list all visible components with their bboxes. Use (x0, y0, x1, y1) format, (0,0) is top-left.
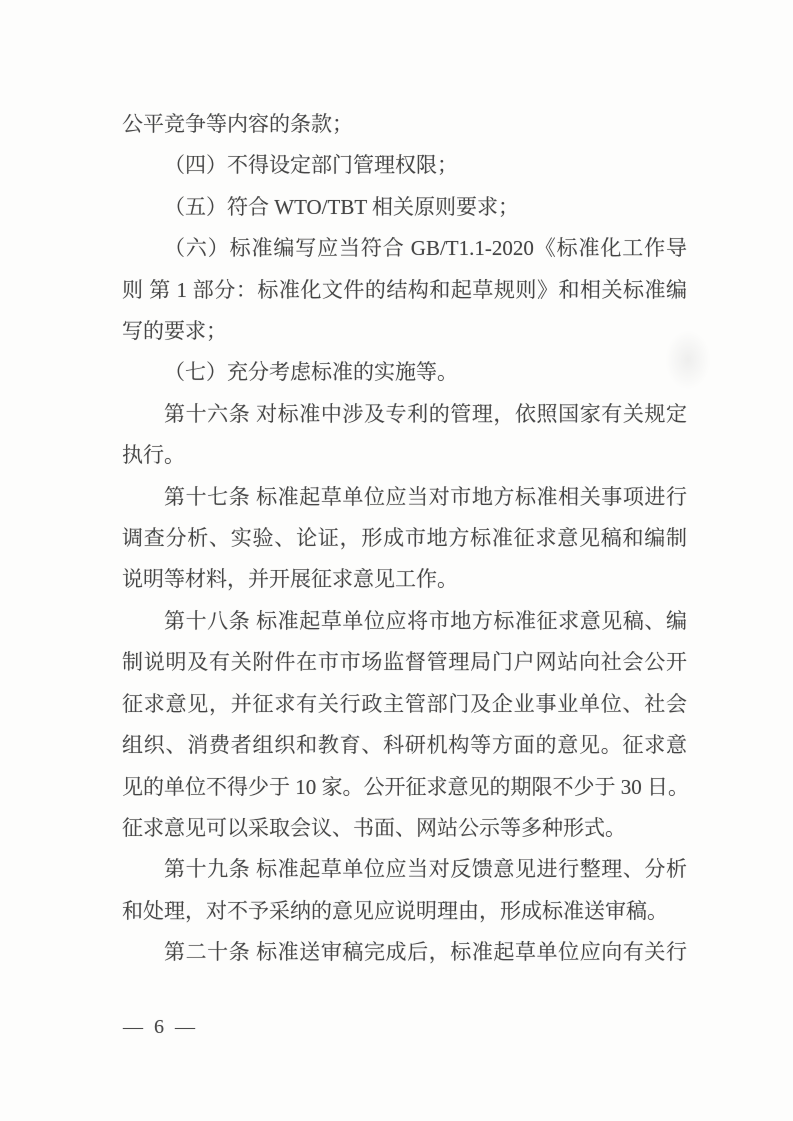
paragraph: 第十九条 标准起草单位应当对反馈意见进行整理、分析和处理，对不予采纳的意见应说明… (122, 849, 687, 932)
text-line: 说明等材料，并开展征求意见工作。 (122, 559, 687, 600)
text-line: 征求意见可以采取会议、书面、网站公示等多种形式。 (122, 808, 687, 849)
text-line: 和处理，对不予采纳的意见应说明理由，形成标准送审稿。 (122, 891, 687, 932)
page-number: — 6 — (123, 1016, 198, 1039)
text-line: （七）充分考虑标准的实施等。 (122, 352, 687, 393)
text-line: 公平竞争等内容的条款； (122, 104, 687, 145)
text-line: 第二十条 标准送审稿完成后，标准起草单位应向有关行 (122, 932, 687, 973)
text-line: 见的单位不得少于 10 家。公开征求意见的期限不少于 30 日。 (122, 767, 687, 808)
text-line: 组织、消费者组织和教育、科研机构等方面的意见。征求意 (122, 725, 687, 766)
text-line: 执行。 (122, 435, 687, 476)
paragraph: （六）标准编写应当符合 GB/T1.1-2020《标准化工作导则 第 1 部分：… (122, 228, 687, 352)
paragraph: 第十八条 标准起草单位应将市地方标准征求意见稿、编制说明及有关附件在市市场监督管… (122, 601, 687, 849)
text-line: 则 第 1 部分：标准化文件的结构和起草规则》和相关标准编 (122, 270, 687, 311)
text-line: 征求意见，并征求有关行政主管部门及企业事业单位、社会 (122, 684, 687, 725)
text-line: 写的要求； (122, 311, 687, 352)
paragraph: 公平竞争等内容的条款； (122, 104, 687, 145)
paragraph: （七）充分考虑标准的实施等。 (122, 352, 687, 393)
paragraph: 第二十条 标准送审稿完成后，标准起草单位应向有关行 (122, 932, 687, 973)
document-content: 公平竞争等内容的条款；（四）不得设定部门管理权限；（五）符合 WTO/TBT 相… (122, 104, 687, 974)
text-line: 制说明及有关附件在市市场监督管理局门户网站向社会公开 (122, 642, 687, 683)
text-line: 第十九条 标准起草单位应当对反馈意见进行整理、分析 (122, 849, 687, 890)
text-line: （四）不得设定部门管理权限； (122, 145, 687, 186)
text-line: （五）符合 WTO/TBT 相关原则要求； (122, 187, 687, 228)
text-line: 调查分析、实验、论证，形成市地方标准征求意见稿和编制 (122, 518, 687, 559)
text-line: （六）标准编写应当符合 GB/T1.1-2020《标准化工作导 (122, 228, 687, 269)
paragraph: 第十六条 对标准中涉及专利的管理，依照国家有关规定执行。 (122, 394, 687, 477)
paragraph: （四）不得设定部门管理权限； (122, 145, 687, 186)
document-page: 公平竞争等内容的条款；（四）不得设定部门管理权限；（五）符合 WTO/TBT 相… (0, 0, 793, 1121)
text-line: 第十六条 对标准中涉及专利的管理，依照国家有关规定 (122, 394, 687, 435)
paragraph: 第十七条 标准起草单位应当对市地方标准相关事项进行调查分析、实验、论证，形成市地… (122, 477, 687, 601)
text-line: 第十七条 标准起草单位应当对市地方标准相关事项进行 (122, 477, 687, 518)
paragraph: （五）符合 WTO/TBT 相关原则要求； (122, 187, 687, 228)
text-line: 第十八条 标准起草单位应将市地方标准征求意见稿、编 (122, 601, 687, 642)
